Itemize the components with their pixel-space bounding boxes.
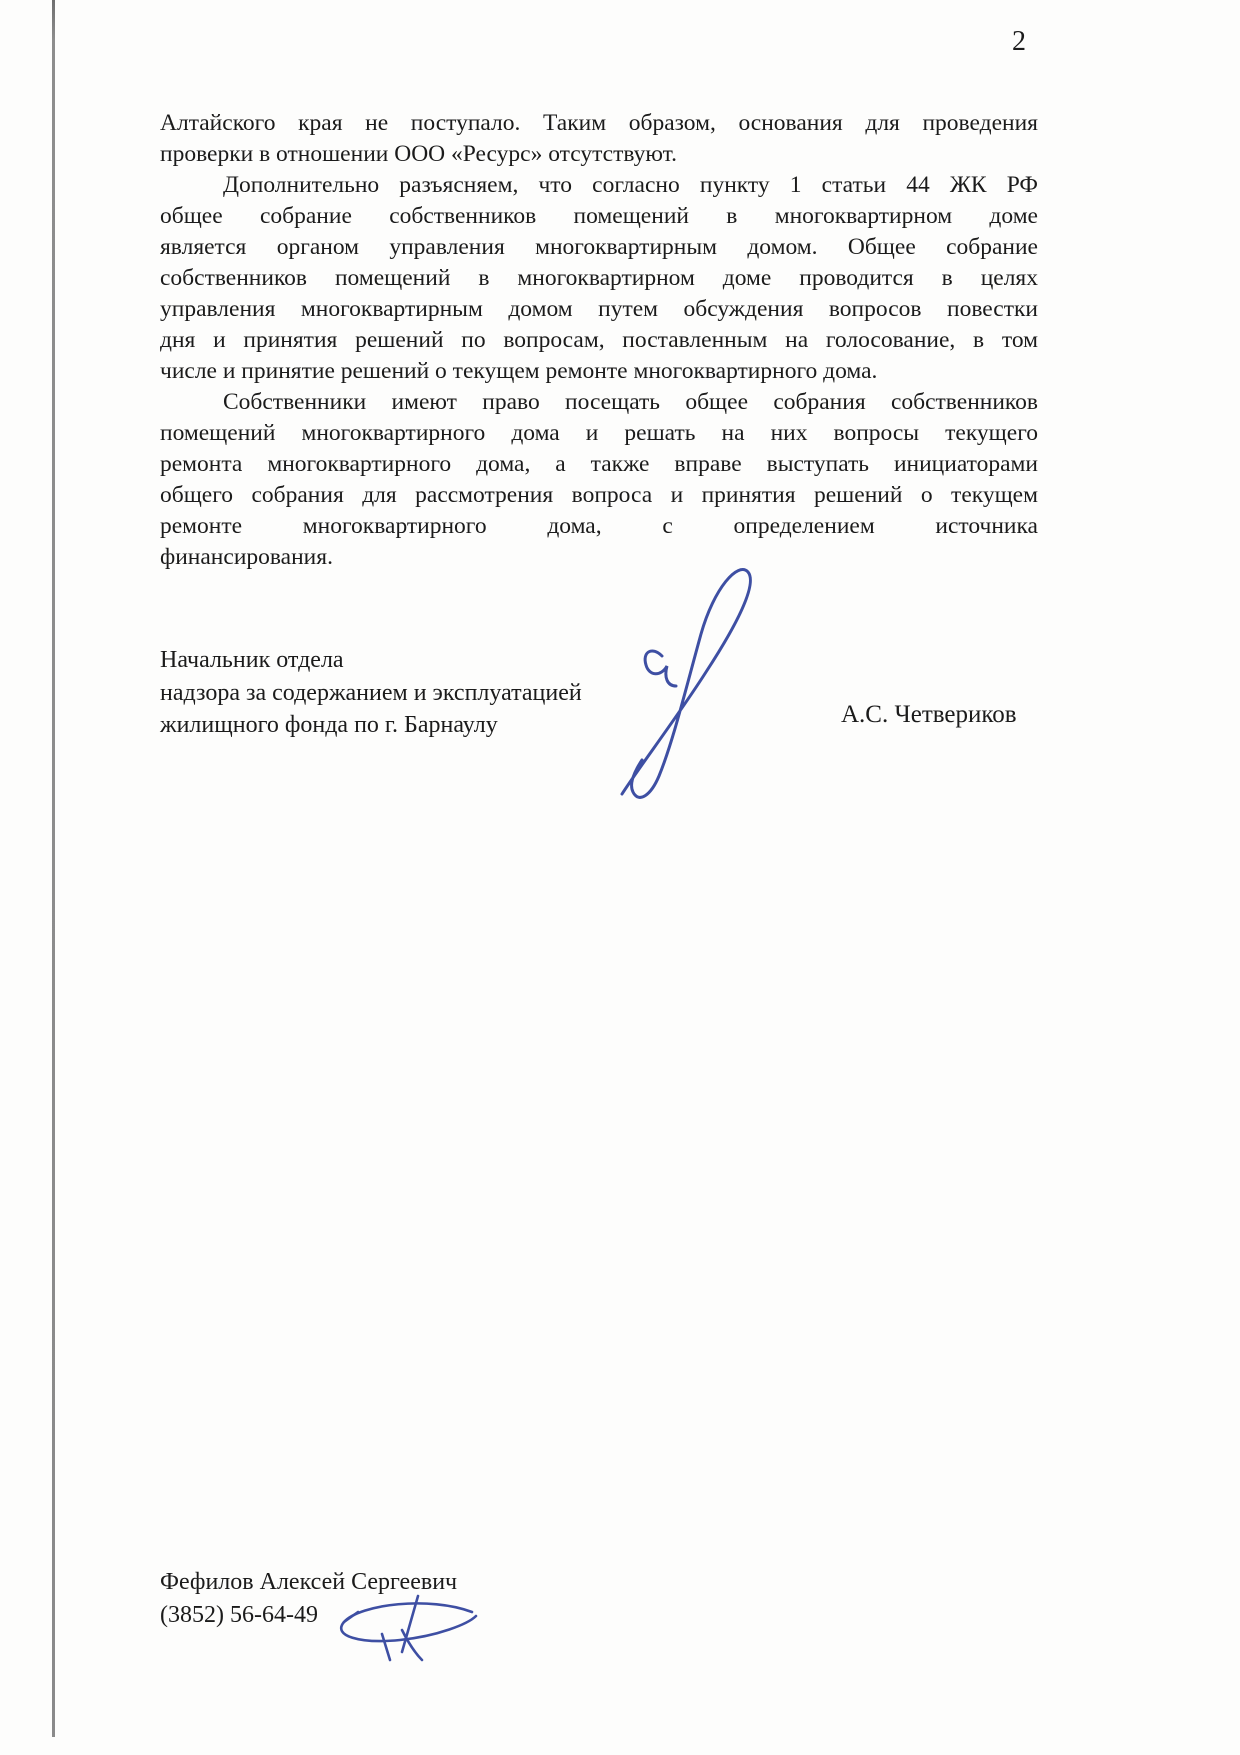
body-line: общее собрание собственников помещений в… — [160, 201, 1038, 232]
page-number: 2 — [1012, 26, 1026, 58]
handwritten-initials-icon — [330, 1590, 480, 1670]
body-line: дня и принятия решений по вопросам, пост… — [160, 325, 1038, 356]
body-line: является органом управления многоквартир… — [160, 232, 1038, 263]
handwritten-signature-icon — [612, 558, 802, 808]
body-line: общего собрания для рассмотрения вопроса… — [160, 480, 1038, 511]
scanned-document-page: 2 Алтайского края не поступало. Таким об… — [0, 0, 1240, 1755]
signer-title-line: Начальник отдела — [160, 644, 582, 677]
body-line: управления многоквартирным домом путем о… — [160, 294, 1038, 325]
body-line: собственников помещений в многоквартирно… — [160, 263, 1038, 294]
body-line: ремонте многоквартирного дома, с определ… — [160, 511, 1038, 542]
body-line: Дополнительно разъясняем, что согласно п… — [160, 170, 1038, 201]
body-line: Алтайского края не поступало. Таким обра… — [160, 108, 1038, 139]
signer-title-line: надзора за содержанием и эксплуатацией — [160, 677, 582, 710]
body-line: помещений многоквартирного дома и решать… — [160, 418, 1038, 449]
signer-title: Начальник отдела надзора за содержанием … — [160, 644, 582, 742]
signer-title-line: жилищного фонда по г. Барнаулу — [160, 709, 582, 742]
scan-artifact-line — [52, 0, 55, 1737]
body-line: ремонта многоквартирного дома, а также в… — [160, 449, 1038, 480]
body-line: финансирования. — [160, 542, 1038, 573]
document-body: Алтайского края не поступало. Таким обра… — [160, 108, 1038, 573]
body-line: Собственники имеют право посещать общее … — [160, 387, 1038, 418]
body-line: числе и принятие решений о текущем ремон… — [160, 356, 1038, 387]
signer-name: А.С. Четвериков — [841, 701, 1017, 729]
body-line: проверки в отношении ООО «Ресурс» отсутс… — [160, 139, 1038, 170]
